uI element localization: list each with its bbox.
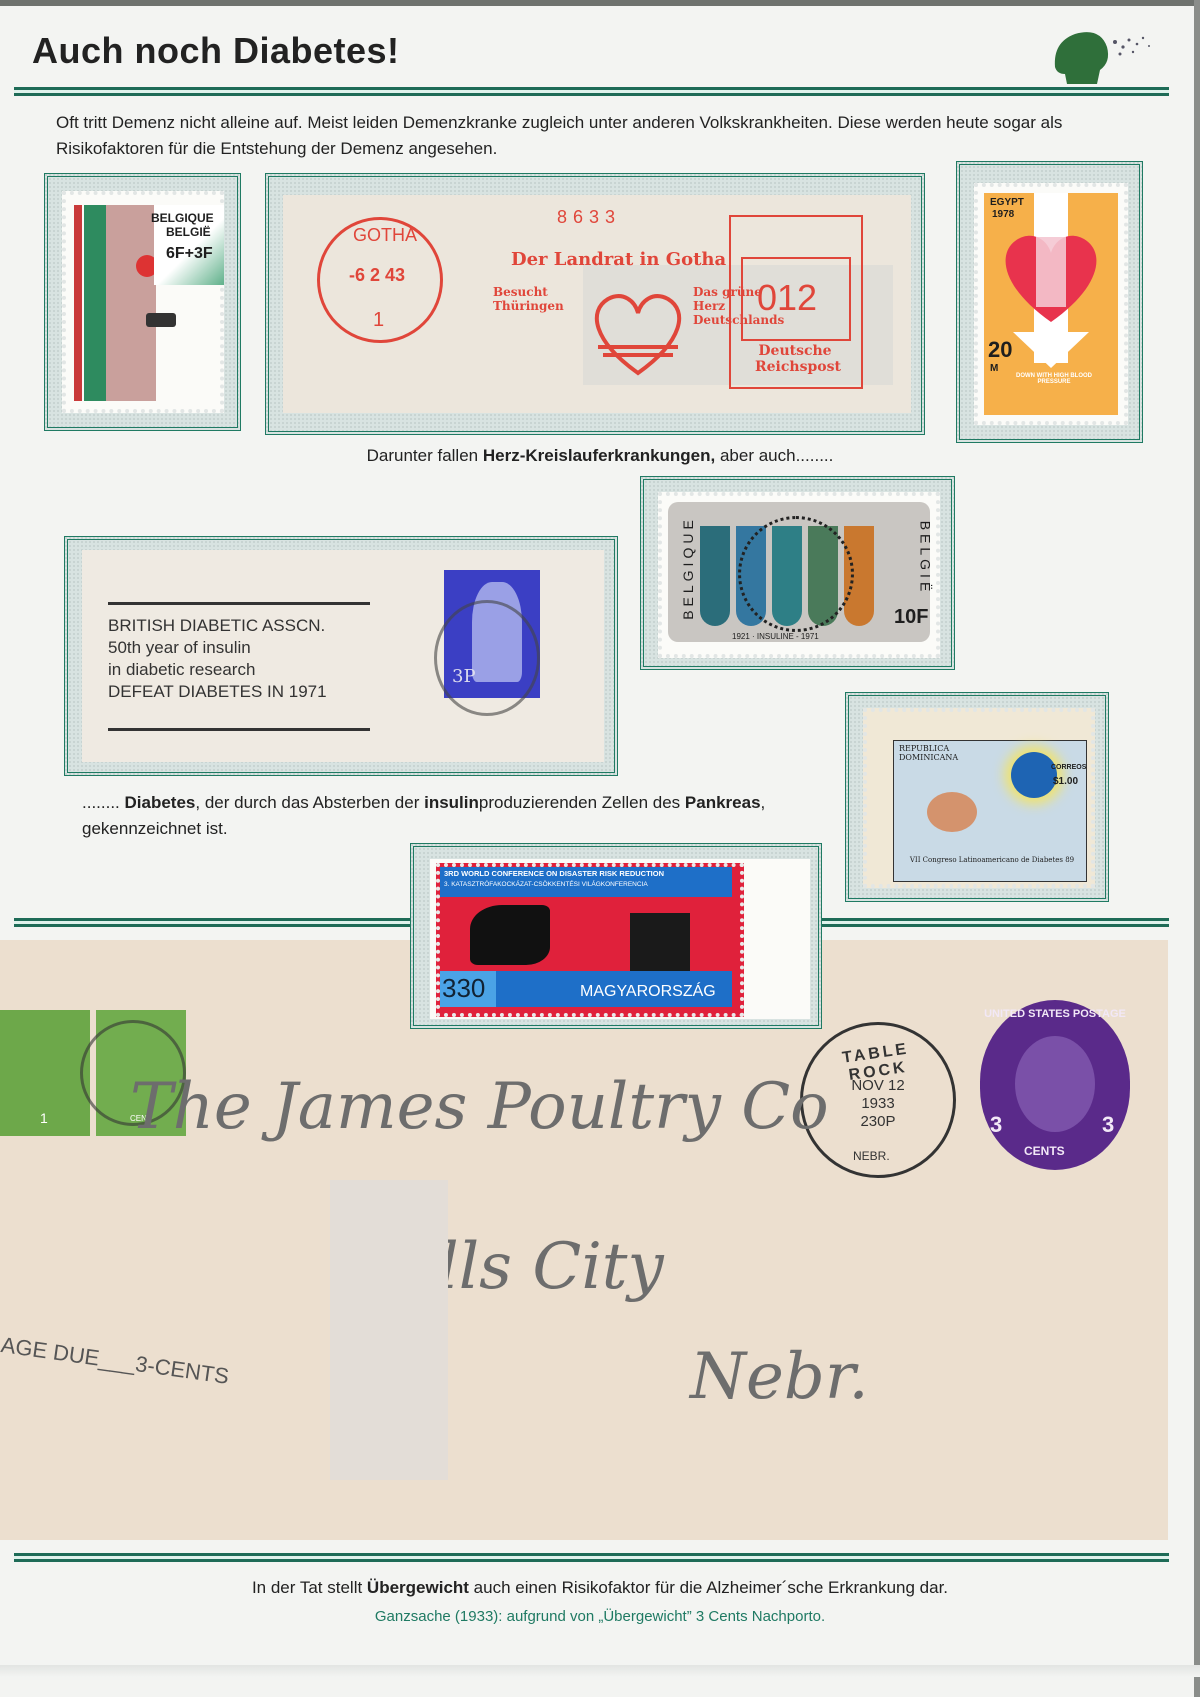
page-title: Auch noch Diabetes! bbox=[32, 30, 400, 72]
dissolving-head-icon bbox=[1045, 22, 1155, 92]
stamp-value: 20 bbox=[988, 337, 1012, 363]
meter-service: Deutsche Reichspost bbox=[755, 343, 835, 375]
stamp-service: CORREOS bbox=[1051, 764, 1086, 771]
country-label-nl: BELGIË bbox=[166, 225, 211, 239]
slogan-line-1: BRITISH DIABETIC ASSCN. bbox=[108, 616, 325, 636]
country-label: MAGYARORSZÁG bbox=[580, 983, 716, 1001]
stamp-caption: VII Congreso Latinoamericano de Diabetes… bbox=[907, 856, 1077, 864]
stamp-value: 10F bbox=[894, 606, 928, 629]
belgium-insulin-stamp: BELGIQUE BELGIË 10F 1921 · INSULINE - 19… bbox=[658, 492, 940, 658]
stamp-caption: 1921 · INSULINE - 1971 bbox=[732, 632, 819, 641]
stamp-value: 6F+3F bbox=[166, 245, 213, 263]
postmark-city: GOTHA bbox=[353, 225, 417, 246]
scan-top-edge bbox=[0, 0, 1200, 6]
scan-right-edge bbox=[1194, 0, 1200, 1697]
hungary-stamp: 3RD WORLD CONFERENCE ON DISASTER RISK RE… bbox=[430, 859, 810, 1019]
hungary-stamp-mount: 3RD WORLD CONFERENCE ON DISASTER RISK RE… bbox=[410, 843, 822, 1029]
address-line-1: The James Poultry Co bbox=[130, 1070, 829, 1144]
us-3-cent-indicium: UNITED STATES POSTAGE 3 3 CENTS bbox=[980, 1000, 1130, 1170]
slogan-line-2: 50th year of insulin bbox=[108, 638, 251, 658]
slogan-line-4: DEFEAT DIABETES IN 1971 bbox=[108, 682, 327, 702]
page-protector-edge bbox=[0, 1665, 1200, 1677]
egypt-stamp-mount: EGYPT 1978 20 M DOWN WITH HIGH BLOOD PRE… bbox=[956, 161, 1143, 443]
country-label: BELGIQUE bbox=[680, 516, 696, 620]
meter-left-text: Besucht Thüringen bbox=[493, 285, 583, 313]
belgium-insulin-stamp-mount: BELGIQUE BELGIË 10F 1921 · INSULINE - 19… bbox=[640, 476, 955, 670]
intro-text: Oft tritt Demenz nicht alleine auf. Meis… bbox=[56, 110, 1106, 162]
british-diabetic-cover: BRITISH DIABETIC ASSCN. 50th year of ins… bbox=[82, 550, 604, 762]
caption-diabetes: ........ Diabetes, der durch das Absterb… bbox=[82, 790, 842, 842]
footer-note: Ganzsache (1933): aufgrund von „Übergewi… bbox=[100, 1604, 1100, 1630]
gotha-meter-cover-mount: GOTHA -6 2 43 1 8633 Der Landrat in Goth… bbox=[265, 173, 925, 435]
meter-number: 8633 bbox=[557, 207, 621, 228]
country-label-nl: BELGIË bbox=[917, 521, 933, 596]
postmark-date: -6 2 43 bbox=[349, 265, 405, 286]
stamp-title-hu: 3. KATASZTRÓFAKOCKÁZAT-CSÖKKENTÉSI VILÁG… bbox=[444, 881, 648, 888]
country-label: BELGIQUE bbox=[151, 211, 214, 225]
postmark-district: 1 bbox=[373, 309, 384, 332]
stamp-unit: M bbox=[990, 363, 998, 374]
gotha-meter-cover: GOTHA -6 2 43 1 8633 Der Landrat in Goth… bbox=[283, 195, 911, 413]
stamp-value: 330 bbox=[442, 973, 485, 1004]
meter-slogan: Der Landrat in Gotha bbox=[511, 249, 726, 270]
us-postal-stationery-envelope: 1 CENT TABLE ROCK NOV 12 1933 230P NEBR.… bbox=[0, 940, 1168, 1540]
slogan-line-3: in diabetic research bbox=[108, 660, 255, 680]
british-diabetic-cover-mount: BRITISH DIABETIC ASSCN. 50th year of ins… bbox=[64, 536, 618, 776]
header-divider bbox=[14, 87, 1169, 96]
insulin-chain bbox=[738, 516, 854, 632]
egypt-stamp: EGYPT 1978 20 M DOWN WITH HIGH BLOOD PRE… bbox=[974, 183, 1128, 425]
country-label: REPUBLICA DOMINICANA bbox=[899, 744, 969, 762]
meter-value: 012 bbox=[757, 277, 817, 319]
heart-icon bbox=[583, 281, 693, 381]
stamp-value: 1 bbox=[40, 1110, 48, 1126]
belgium-hypertension-stamp: BELGIQUE BELGIË 6F+3F bbox=[62, 191, 224, 413]
belgium-hypertension-stamp-mount: BELGIQUE BELGIË 6F+3F bbox=[44, 173, 241, 431]
dominicana-stamp: REPUBLICA DOMINICANA CORREOS $1.00 VII C… bbox=[863, 708, 1095, 888]
country-label: EGYPT bbox=[990, 197, 1024, 208]
stamp-title-en: 3RD WORLD CONFERENCE ON DISASTER RISK RE… bbox=[444, 869, 664, 878]
stamp-value: $1.00 bbox=[1053, 776, 1078, 787]
heart-arrow-icon bbox=[996, 227, 1106, 327]
address-line-3: Nebr. bbox=[690, 1340, 869, 1414]
footer-text: In der Tat stellt Übergewicht auch einen… bbox=[100, 1575, 1100, 1601]
stamp-slogan: DOWN WITH HIGH BLOOD PRESSURE bbox=[1014, 373, 1094, 385]
year-label: 1978 bbox=[992, 209, 1014, 220]
caption-heart-disease: Darunter fallen Herz-Kreislauferkrankung… bbox=[200, 443, 1000, 469]
footer-divider bbox=[14, 1553, 1169, 1562]
postage-due-stamp: AGE DUE___3-CENTS bbox=[0, 1332, 231, 1390]
dominicana-stamp-mount: REPUBLICA DOMINICANA CORREOS $1.00 VII C… bbox=[845, 692, 1109, 902]
postmark bbox=[434, 600, 540, 716]
